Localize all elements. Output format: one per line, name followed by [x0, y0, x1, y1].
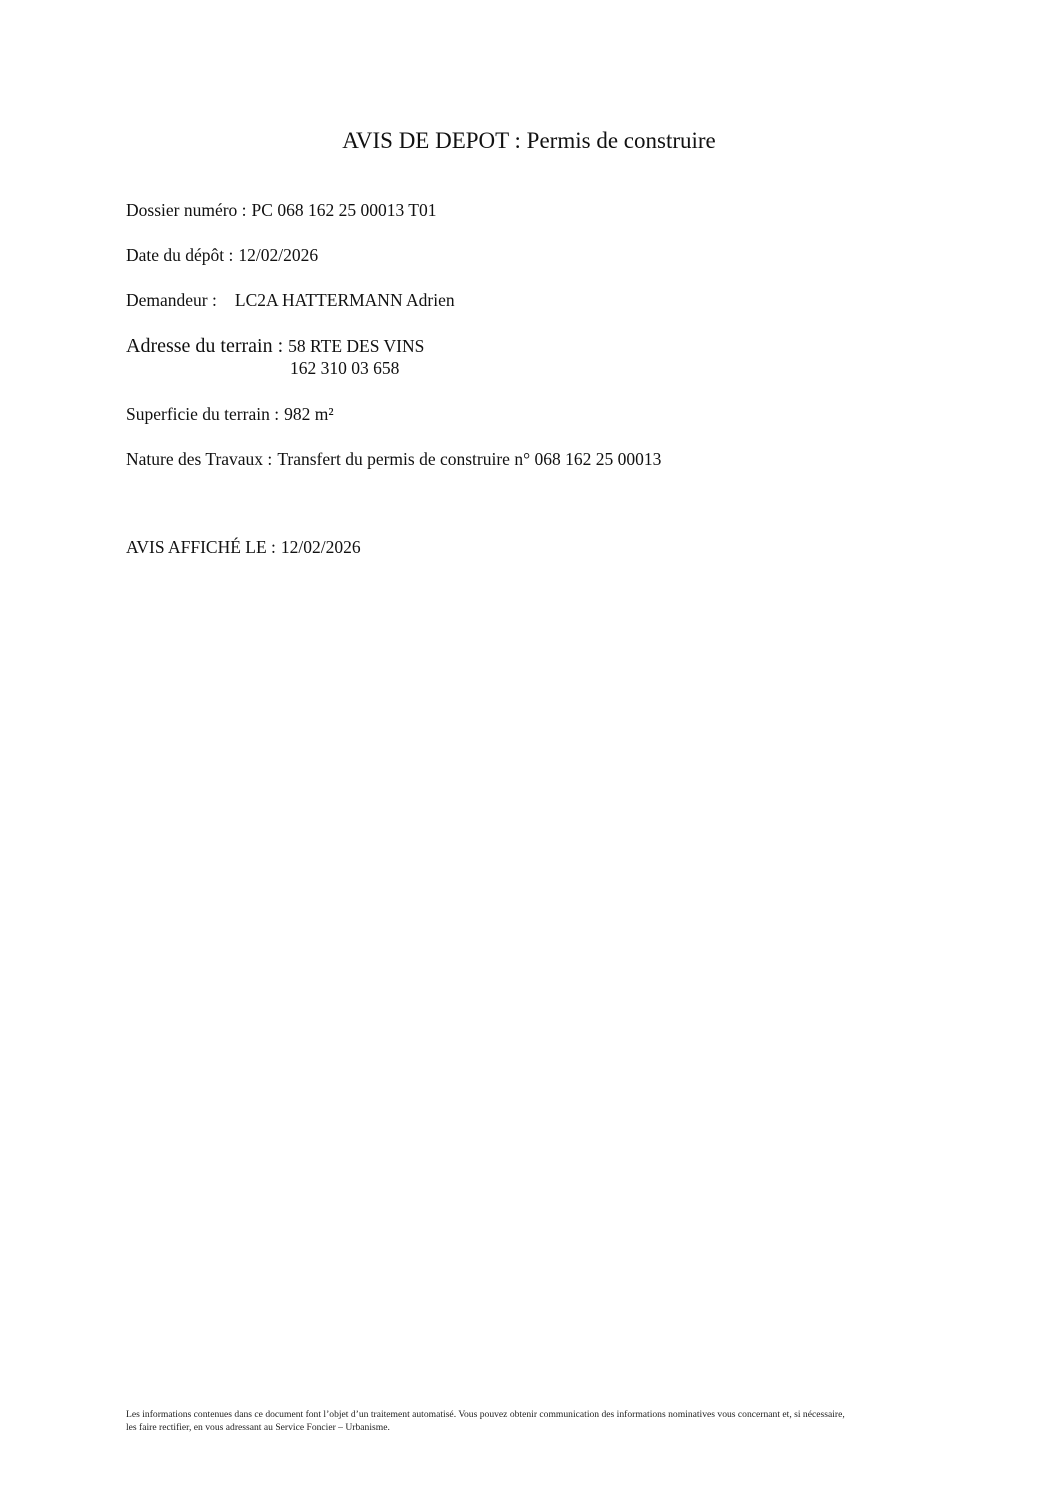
land-address-line1: 58 RTE DES VINS — [288, 336, 424, 356]
privacy-footer: Les informations contenues dans ce docum… — [126, 1408, 936, 1434]
applicant-field: Demandeur :LC2A HATTERMANN Adrien — [126, 289, 455, 311]
land-area-label: Superficie du terrain : — [126, 404, 279, 424]
land-address-label: Adresse du terrain : — [126, 335, 283, 357]
work-nature-field: Nature des Travaux :Transfert du permis … — [126, 448, 661, 470]
privacy-footer-line2: les faire rectifier, en vous adressant a… — [126, 1421, 936, 1434]
land-address-field: Adresse du terrain :58 RTE DES VINS 162 … — [126, 335, 424, 357]
applicant-label: Demandeur : — [126, 290, 217, 310]
dossier-number-field: Dossier numéro :PC 068 162 25 00013 T01 — [126, 199, 436, 221]
land-area-field: Superficie du terrain :982 m² — [126, 403, 334, 425]
work-nature-value: Transfert du permis de construire n° 068… — [277, 449, 661, 469]
privacy-footer-line1: Les informations contenues dans ce docum… — [126, 1408, 936, 1421]
dossier-number-value: PC 068 162 25 00013 T01 — [252, 200, 437, 220]
posted-date-value: 12/02/2026 — [281, 537, 361, 557]
posted-date-field: AVIS AFFICHÉ LE :12/02/2026 — [126, 536, 361, 558]
deposit-date-value: 12/02/2026 — [238, 245, 318, 265]
deposit-date-label: Date du dépôt : — [126, 245, 233, 265]
land-address-line2: 162 310 03 658 — [290, 357, 399, 379]
document-title: AVIS DE DEPOT : Permis de construire — [0, 126, 1058, 156]
dossier-number-label: Dossier numéro : — [126, 200, 247, 220]
work-nature-label: Nature des Travaux : — [126, 449, 272, 469]
land-area-value: 982 m² — [284, 404, 333, 424]
applicant-value: LC2A HATTERMANN Adrien — [235, 290, 455, 310]
deposit-date-field: Date du dépôt :12/02/2026 — [126, 244, 318, 266]
posted-date-label: AVIS AFFICHÉ LE : — [126, 537, 276, 557]
